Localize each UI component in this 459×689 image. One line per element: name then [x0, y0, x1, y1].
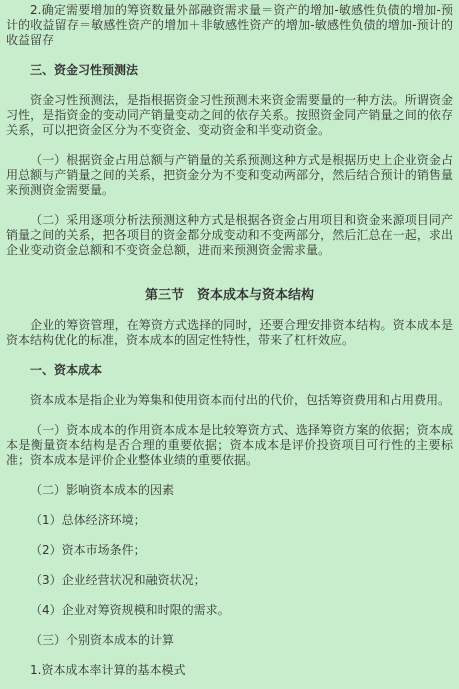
para-funds-habit-definition: 资金习性预测法，是指根据资金习性预测未来资金需要量的一种方法。所谓资金习性，是指…	[6, 93, 453, 138]
heading-capital-cost: 一、资本成本	[6, 363, 453, 378]
section-title-capital-cost-and-structure: 第三节 资本成本与资本结构	[6, 288, 453, 303]
para-forecast-by-item-analysis: （二）采用逐项分析法预测这种方式是根据各资金占用项目和资金来源项目同产销量之间的…	[6, 213, 453, 258]
para-capital-cost-role: （一）资本成本的作用资本成本是比较筹资方式、选择筹资方案的依据；资本成本是衡量资…	[6, 423, 453, 468]
document-page: 2.确定需要增加的筹资数量外部融资需求量＝资产的增加-敏感性负债的增加-预计的收…	[0, 0, 459, 689]
para-individual-capital-cost-calc: （三）个别资本成本的计算	[6, 633, 453, 648]
list-item-factor-3-operations-financing: （3）企业经营状况和融资状况；	[6, 573, 453, 588]
list-item-factor-4-scale-and-term: （4）企业对筹资规模和时限的需求。	[6, 603, 453, 618]
para-capital-cost-definition: 资本成本是指企业为筹集和使用资本而付出的代价，包括筹资费用和占用费用。	[6, 393, 453, 408]
para-capital-cost-rate-basic-model: 1.资本成本率计算的基本模式	[6, 663, 453, 678]
para-external-financing-formula: 2.确定需要增加的筹资数量外部融资需求量＝资产的增加-敏感性负债的增加-预计的收…	[6, 3, 453, 48]
heading-funds-habit-forecast-method: 三、资金习性预测法	[6, 63, 453, 78]
para-capital-cost-factors-heading: （二）影响资本成本的因素	[6, 483, 453, 498]
para-forecast-by-total-occupied-funds: （一）根据资金占用总额与产销量的关系预测这种方式是根据历史上企业资金占用总额与产…	[6, 153, 453, 198]
list-item-factor-2-capital-market: （2）资本市场条件；	[6, 543, 453, 558]
para-financing-management-intro: 企业的筹资管理，在筹资方式选择的同时，还要合理安排资本结构。资本成本是资本结构优…	[6, 318, 453, 348]
list-item-factor-1-economy: （1）总体经济环境；	[6, 513, 453, 528]
